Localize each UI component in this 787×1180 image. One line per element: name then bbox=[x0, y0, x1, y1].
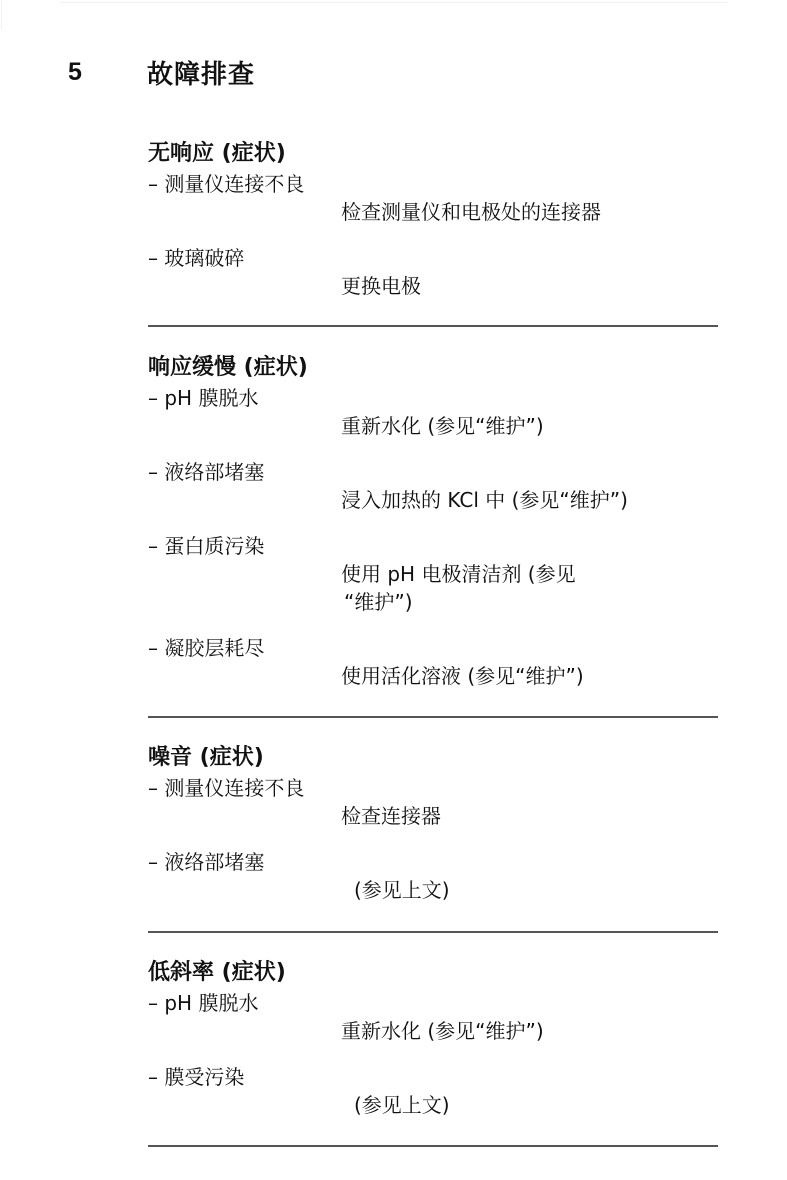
symptom-section-noise: 噪音 (症状) – 测量仪连接不良 检查连接器 – 液络部堵塞 (参见上文) bbox=[148, 742, 718, 922]
cause-item: – 测量仪连接不良 bbox=[148, 170, 718, 198]
cause-item: – 凝胶层耗尽 bbox=[148, 634, 718, 662]
remedy-item: 更换电极 bbox=[341, 272, 701, 300]
remedy-item: 使用 pH 电极清洁剂 (参见 bbox=[341, 560, 701, 588]
remedy-item: 浸入加热的 KCl 中 (参见“维护”) bbox=[341, 486, 701, 514]
remedy-item: 检查连接器 bbox=[341, 802, 701, 830]
cause-item: – 膜受污染 bbox=[148, 1063, 718, 1091]
section-heading: 噪音 (症状) bbox=[148, 742, 718, 774]
cause-item: – 玻璃破碎 bbox=[148, 244, 718, 272]
remedy-item: 检查测量仪和电极处的连接器 bbox=[341, 198, 701, 226]
page-edge bbox=[60, 2, 727, 3]
remedy-item: 重新水化 (参见“维护”) bbox=[341, 1017, 701, 1045]
cause-item: – 测量仪连接不良 bbox=[148, 774, 718, 802]
remedy-item-continued: “维护”) bbox=[344, 588, 704, 616]
cause-item: – 蛋白质污染 bbox=[148, 532, 718, 560]
section-heading: 响应缓慢 (症状) bbox=[148, 352, 718, 384]
cause-item: – pH 膜脱水 bbox=[148, 989, 718, 1017]
remedy-item: (参见上文) bbox=[354, 1091, 714, 1119]
symptom-section-slow-response: 响应缓慢 (症状) – pH 膜脱水 重新水化 (参见“维护”) – 液络部堵塞… bbox=[148, 352, 718, 708]
section-divider bbox=[148, 1145, 718, 1147]
symptom-section-no-response: 无响应 (症状) – 测量仪连接不良 检查测量仪和电极处的连接器 – 玻璃破碎 … bbox=[148, 138, 718, 318]
remedy-item: (参见上文) bbox=[354, 876, 714, 904]
page-edge bbox=[1, 0, 2, 30]
section-divider bbox=[148, 716, 718, 718]
cause-item: – 液络部堵塞 bbox=[148, 458, 718, 486]
symptom-section-low-slope: 低斜率 (症状) – pH 膜脱水 重新水化 (参见“维护”) – 膜受污染 (… bbox=[148, 957, 718, 1137]
cause-item: – 液络部堵塞 bbox=[148, 848, 718, 876]
chapter-number: 5 bbox=[68, 58, 82, 87]
section-divider bbox=[148, 931, 718, 933]
section-heading: 无响应 (症状) bbox=[148, 138, 718, 170]
chapter-title: 故障排查 bbox=[147, 54, 255, 91]
cause-item: – pH 膜脱水 bbox=[148, 384, 718, 412]
remedy-item: 使用活化溶液 (参见“维护”) bbox=[341, 662, 701, 690]
remedy-item: 重新水化 (参见“维护”) bbox=[341, 412, 701, 440]
section-heading: 低斜率 (症状) bbox=[148, 957, 718, 989]
section-divider bbox=[148, 325, 718, 327]
